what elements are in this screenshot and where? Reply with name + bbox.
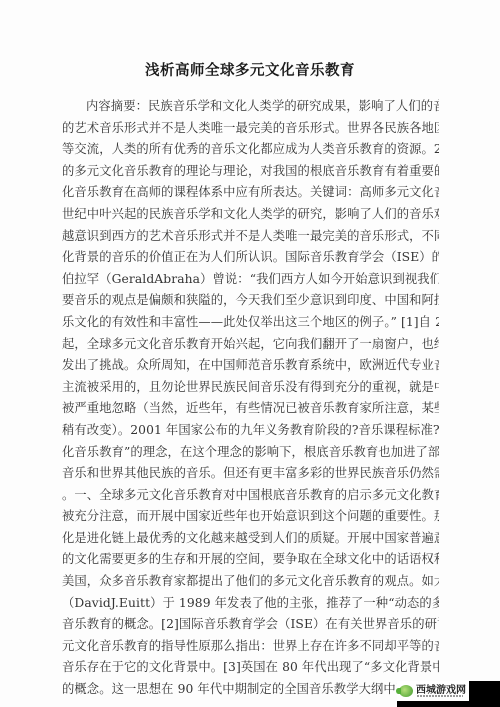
watermark-subtext bbox=[417, 695, 463, 697]
document-body: 内容摘要：民族音乐学和文化人类学的研究成果，影响了人们的音乐观念。西方 的艺术音… bbox=[62, 96, 439, 701]
text-line: 音乐教育的概念。[2]国际音乐教育学会（ISE）在有关世界音乐的研讨会上发表的多 bbox=[62, 614, 439, 636]
text-line: 化是进化链上最优秀的文化越来越受到人们的质疑。开展中国家普遍意识到自己民族 bbox=[62, 528, 439, 550]
document-title: 浅析高师全球多元文化音乐教育 bbox=[0, 59, 500, 80]
text-line: 音乐和世界其他民族的音乐。但还有更丰富多彩的世界民族音乐仍然需要更多的关注 bbox=[62, 463, 439, 485]
text-line: 稍有改变）。2001 年国家公布的九年义务教育阶段的?音乐课程标准?提出了“多元… bbox=[62, 420, 439, 442]
watermark-badge: 西城游戏网 bbox=[397, 681, 469, 701]
leaf-logo-icon bbox=[399, 685, 413, 697]
text-line: 化音乐教育”的理念，在这个理念的影响下，根底音乐教育也加进了部分中国外乡的 bbox=[62, 442, 439, 464]
text-line: 主流被采用的，且勿论世界民族民间音乐没有得到充分的重视，就是中国传统音乐也 bbox=[62, 377, 439, 399]
text-line: 化背景的音乐的价值正在为人们所认识。国际音乐教育学会（ISE）的主席杰拉德·亚 bbox=[62, 247, 439, 269]
watermark: 西城游戏网 bbox=[397, 681, 500, 707]
text-line: 的文化需要更多的生存和开展的空间，要争取在全球文化中的话语权和平等地位。在 bbox=[62, 549, 439, 571]
text-line: 乐文化的有效性和丰富性——此处仅举出这三个地区的例子。” [1]自 20 世纪 … bbox=[62, 312, 439, 334]
text-line: 的概念。这一思想在 90 年代中期制定的全国音乐教学大纲中已有充分的表达。该大纲 bbox=[62, 679, 439, 701]
text-line: 的艺术音乐形式并不是人类唯一最完美的音乐形式。世界各民族各地区的文化应该平 bbox=[62, 118, 439, 140]
text-line: 世纪中叶兴起的民族音乐学和文化人类学的研究，影响了人们的音乐观念。人们越来 bbox=[62, 204, 439, 226]
text-line: 伯拉罕（GeraldAbraha）曾说：“我们西方人如今开始意识到视我们的音乐为… bbox=[62, 269, 439, 291]
text-line: 的多元文化音乐教育的理论与理论，对我国的根底音乐教育有着重要的启示。多元文 bbox=[62, 161, 439, 183]
text-line: 发出了挑战。众所周知，在中国师范音乐教育系统中，欧洲近代专业音乐体系是作为 bbox=[62, 355, 439, 377]
document-page: 浅析高师全球多元文化音乐教育 内容摘要：民族音乐学和文化人类学的研究成果，影响了… bbox=[0, 0, 500, 707]
text-line: 被严重地忽略（当然，近些年，有些情况已被音乐教育家所注意，某些方面的状况已 bbox=[62, 398, 439, 420]
text-line: 。一、全球多元文化音乐教育对中国根底音乐教育的启示多元文化教育在兴隆国家已 bbox=[62, 485, 439, 507]
text-line: 元文化音乐教育的指导性原那么指出：世界上存在许多不同却平等的音乐体系，所有 bbox=[62, 636, 439, 658]
text-line: 内容摘要：民族音乐学和文化人类学的研究成果，影响了人们的音乐观念。西方 bbox=[62, 96, 439, 118]
text-line: 越意识到西方的艺术音乐形式并不是人类唯一最完美的音乐形式，不同地区、不同文 bbox=[62, 226, 439, 248]
text-line: 要音乐的观点是偏颇和狭隘的，今天我们至少意识到印度、中国和阿拉伯国土上的音 bbox=[62, 290, 439, 312]
text-line: 化音乐教育在高师的课程体系中应有所表达。关键词：高师多元文化音乐教育启示 20 bbox=[62, 182, 439, 204]
text-line: 音乐存在于它的文化背景中。[3]英国在 80 年代出现了“多文化背景中的音乐教育… bbox=[62, 657, 439, 679]
text-line: 起，全球多元文化音乐教育开始兴起，它向我们翻开了一扇窗户，也给师范音乐教育 bbox=[62, 334, 439, 356]
text-line: 美国，众多音乐教育家都提出了他们的多元文化音乐教育的观点。如大卫·埃里奥特 bbox=[62, 571, 439, 593]
text-line: 等交流，人类的所有优秀的音乐文化都应成为人类音乐教育的资源。20 世纪兴隆国家 bbox=[62, 139, 439, 161]
text-line: （DavidJ.Euitt）于 1989 年发表了他的主张，推荐了一种“动态的多… bbox=[62, 593, 439, 615]
text-line: 被充分注意，而开展中国家近些年也开始意识到这个问题的重要性。那些认为西方文 bbox=[62, 506, 439, 528]
